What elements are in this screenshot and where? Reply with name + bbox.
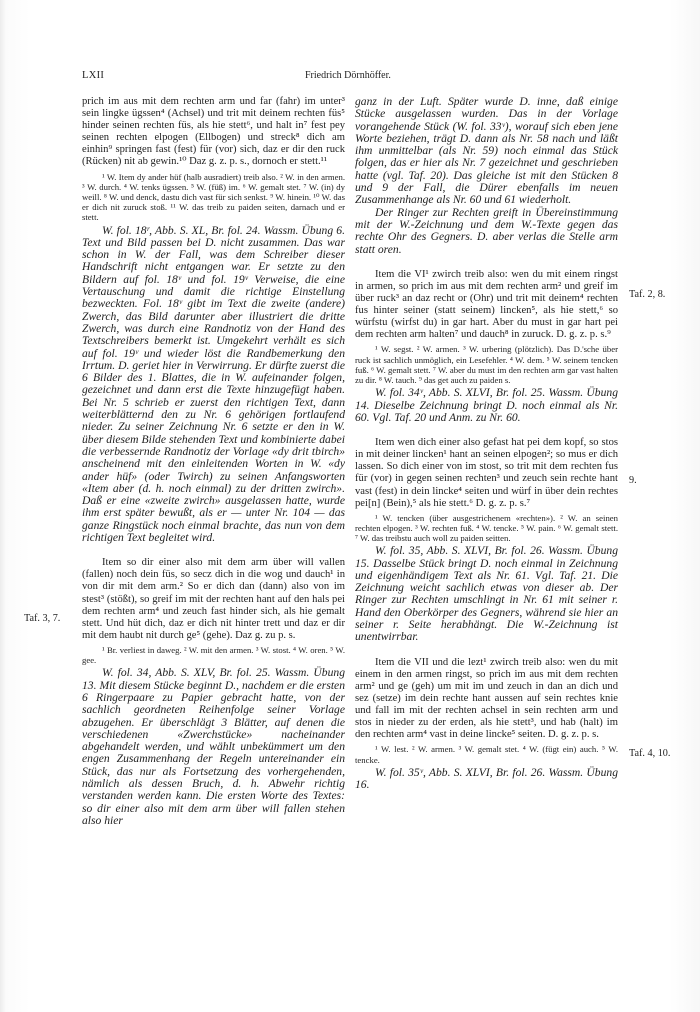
margin-note-taf-2-8: Taf. 2, 8. [629, 289, 665, 300]
source-text-block: prich im aus mit dem rechten arm und far… [82, 96, 345, 169]
margin-note-taf-4-10: Taf. 4, 10. [629, 748, 670, 759]
commentary-block: W. fol. 34ᵛ, Abb. S. XLVI, Br. fol. 25. … [355, 387, 618, 424]
right-column: ganz in der Luft. Später wurde D. inne, … [355, 96, 618, 791]
left-column: prich im aus mit dem rechten arm und far… [82, 96, 345, 827]
commentary-block: Der Ringer zur Rechten greift in Überein… [355, 207, 618, 256]
running-title: Friedrich Dörnhöffer. [305, 70, 391, 81]
book-page: LXII Friedrich Dörnhöffer. Taf. 3, 7. Ta… [0, 0, 700, 1012]
margin-note-taf-3-7: Taf. 3, 7. [24, 613, 60, 624]
commentary-block: W. fol. 34, Abb. S. XLV, Br. fol. 25. Wa… [82, 667, 345, 827]
commentary-block: ganz in der Luft. Später wurde D. inne, … [355, 96, 618, 207]
source-text-block: Item wen dich einer also gefast hat pei … [355, 437, 618, 510]
source-text-block: Item die VII und die lezt¹ zwirch treib … [355, 657, 618, 742]
footnotes: ¹ W. Item dy ander hüf (halb ausradiert)… [82, 172, 345, 223]
commentary-block: W. fol. 35, Abb. S. XLVI, Br. fol. 26. W… [355, 545, 618, 643]
footnotes: ¹ W. lest. ² W. armen. ³ W. gemalt stet.… [355, 744, 618, 764]
commentary-block: W. fol. 18ʳ, Abb. S. XL, Br. fol. 24. Wa… [82, 225, 345, 545]
footnotes: ¹ Br. verliest in daweg. ² W. mit den ar… [82, 645, 345, 665]
footnotes: ¹ W. segst. ² W. armen. ³ W. urbering (p… [355, 344, 618, 385]
page-number: LXII [82, 70, 104, 81]
source-text-block: Item die VI¹ zwirch treib also: wen du m… [355, 269, 618, 342]
margin-note-nr-9: 9. [629, 475, 637, 486]
source-text-block: Item so dir einer also mit dem arm über … [82, 557, 345, 642]
commentary-block: W. fol. 35ᵛ, Abb. S. XLVI, Br. fol. 26. … [355, 767, 618, 792]
footnotes: ¹ W. tencken (über ausgestrichenem «rech… [355, 513, 618, 544]
